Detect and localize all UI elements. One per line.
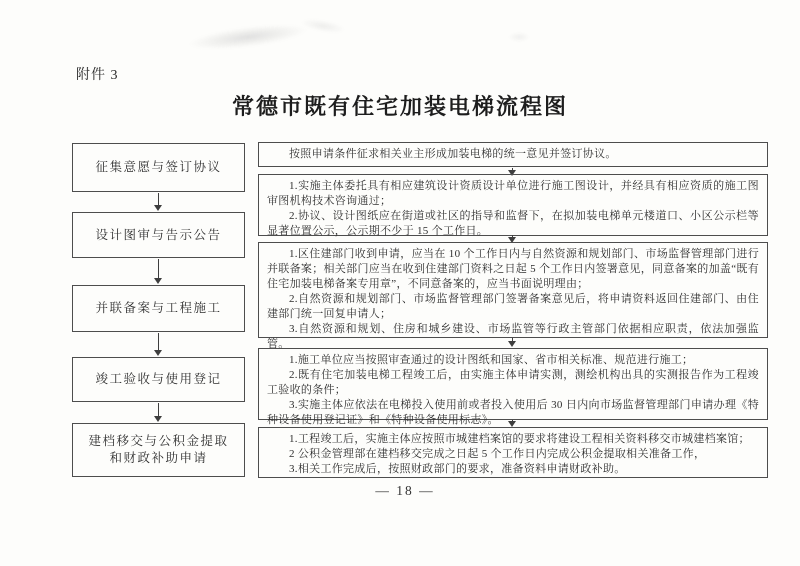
page-title: 常德市既有住宅加装电梯流程图 <box>0 90 800 121</box>
flow-step-label: 征集意愿与签订协议 <box>95 159 221 176</box>
flow-step-label: 并联备案与工程施工 <box>95 300 221 317</box>
detail-text: 2.自然资源和规划部门、市场监督管理部门签署备案意见后，将申请资料返回住建部门、… <box>267 292 759 322</box>
detail-text: 2 公积金管理部在建档移交完成之日起 5 个工作日内完成公积金提取相关准备工作， <box>267 447 759 462</box>
page-number: — 18 — <box>0 483 800 499</box>
detail-text: 1.工程竣工后，实施主体应按照市城建档案馆的要求将建设工程相关资料移交市城建档案… <box>267 432 759 447</box>
flow-step-label: 建档移交与公积金提取 <box>88 433 228 450</box>
attachment-label: 附件 3 <box>76 64 119 84</box>
detail-box-2: 1.实施主体委托具有相应建筑设计资质设计单位进行施工图设计，并经具有相应资质的施… <box>258 174 768 236</box>
detail-text: 1.施工单位应当按照审查通过的设计图纸和国家、省市相关标准、规范进行施工； <box>267 353 759 368</box>
flow-step-1: 征集意愿与签订协议 <box>72 143 245 192</box>
scan-smudge <box>508 32 530 42</box>
detail-text: 2.既有住宅加装电梯工程竣工后，由实施主体申请实测，测绘机构出具的实测报告作为工… <box>267 368 759 398</box>
scan-smudge <box>187 20 309 54</box>
flow-arrow-icon <box>154 403 163 422</box>
scanned-document-page: 附件 3 常德市既有住宅加装电梯流程图 征集意愿与签订协议 设计图审与告示公告 … <box>0 0 800 566</box>
scan-smudge <box>299 16 346 36</box>
flow-arrow-icon <box>508 338 517 347</box>
flow-arrow-icon <box>508 420 517 427</box>
flow-step-label: 设计图审与告示公告 <box>95 227 221 244</box>
flow-step-label: 和财政补助申请 <box>109 450 207 467</box>
flow-arrow-icon <box>154 333 163 356</box>
flow-arrow-icon <box>154 259 163 284</box>
flow-step-4: 竣工验收与使用登记 <box>72 357 245 402</box>
detail-text: 1.实施主体委托具有相应建筑设计资质设计单位进行施工图设计，并经具有相应资质的施… <box>267 179 759 209</box>
detail-box-5: 1.工程竣工后，实施主体应按照市城建档案馆的要求将建设工程相关资料移交市城建档案… <box>258 427 768 478</box>
detail-box-4: 1.施工单位应当按照审查通过的设计图纸和国家、省市相关标准、规范进行施工； 2.… <box>258 348 768 420</box>
flow-step-label: 竣工验收与使用登记 <box>95 371 221 388</box>
flow-step-2: 设计图审与告示公告 <box>72 212 245 258</box>
flow-step-5: 建档移交与公积金提取 和财政补助申请 <box>72 423 245 477</box>
flow-step-3: 并联备案与工程施工 <box>72 285 245 332</box>
flow-arrow-icon <box>154 193 163 211</box>
detail-text: 按照申请条件征求相关业主形成加装电梯的统一意见并签订协议。 <box>267 147 759 162</box>
detail-text: 3.相关工作完成后，按照财政部门的要求，准备资料申请财政补助。 <box>267 462 759 477</box>
detail-box-3: 1.区住建部门收到申请，应当在 10 个工作日内与自然资源和规划部门、市场监督管… <box>258 242 768 338</box>
detail-box-1: 按照申请条件征求相关业主形成加装电梯的统一意见并签订协议。 <box>258 142 768 167</box>
detail-text: 1.区住建部门收到申请，应当在 10 个工作日内与自然资源和规划部门、市场监督管… <box>267 247 759 292</box>
